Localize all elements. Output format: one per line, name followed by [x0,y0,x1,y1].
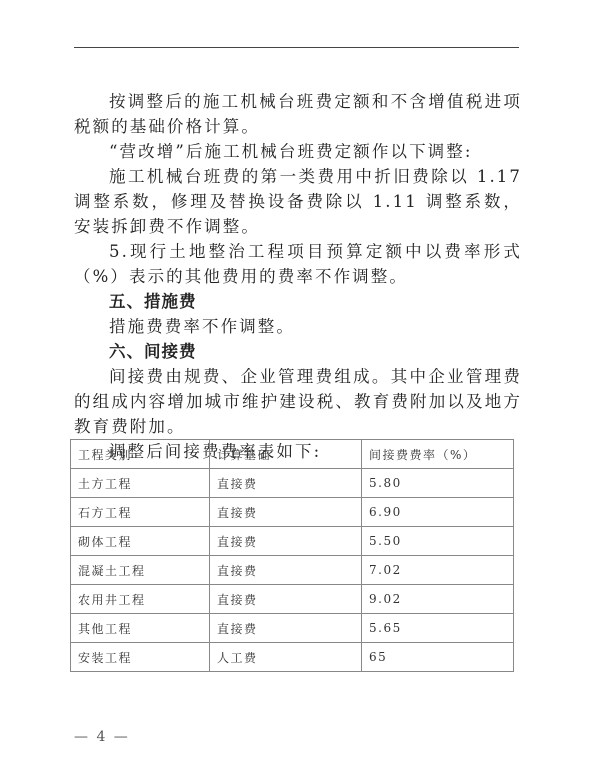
header-cell: 工程类别 [71,440,210,469]
cell: 直接费 [210,556,362,585]
section-heading: 五、措施费 [74,289,522,314]
cell: 9.02 [362,585,514,614]
table-row: 其他工程 直接费 5.65 [71,614,514,643]
paragraph: 施工机械台班费的第一类费用中折旧费除以 1.17 调整系数，修理及替换设备费除以… [74,164,522,239]
page-number: — 4 — [74,729,130,745]
paragraph: 间接费由规费、企业管理费组成。其中企业管理费的组成内容增加城市维护建设税、教育费… [74,364,522,439]
cell: 人工费 [210,643,362,672]
cell: 直接费 [210,498,362,527]
cell: 6.90 [362,498,514,527]
paragraph: 措施费费率不作调整。 [74,314,522,339]
paragraph: 按调整后的施工机械台班费定额和不含增值税进项税额的基础价格计算。 [74,89,522,139]
cell: 5.80 [362,469,514,498]
paragraph: “营改增”后施工机械台班费定额作以下调整: [74,139,522,164]
table-row: 砌体工程 直接费 5.50 [71,527,514,556]
cell: 65 [362,643,514,672]
cell: 直接费 [210,469,362,498]
table-row: 土方工程 直接费 5.80 [71,469,514,498]
paragraph: 5.现行土地整治工程项目预算定额中以费率形式（%）表示的其他费用的费率不作调整。 [74,239,522,289]
cell: 混凝土工程 [71,556,210,585]
table-row: 农用井工程 直接费 9.02 [71,585,514,614]
cell: 其他工程 [71,614,210,643]
table-header-row: 工程类别 计算基础 间接费费率（%） [71,440,514,469]
indirect-fee-rate-table: 工程类别 计算基础 间接费费率（%） 土方工程 直接费 5.80 石方工程 直接… [70,439,514,672]
cell: 直接费 [210,614,362,643]
table-row: 石方工程 直接费 6.90 [71,498,514,527]
cell: 安装工程 [71,643,210,672]
header-cell: 计算基础 [210,440,362,469]
cell: 7.02 [362,556,514,585]
cell: 农用井工程 [71,585,210,614]
header-rule [74,47,519,48]
cell: 5.50 [362,527,514,556]
header-cell: 间接费费率（%） [362,440,514,469]
cell: 土方工程 [71,469,210,498]
document-body: 按调整后的施工机械台班费定额和不含增值税进项税额的基础价格计算。 “营改增”后施… [74,89,522,464]
table-row: 混凝土工程 直接费 7.02 [71,556,514,585]
section-heading: 六、间接费 [74,339,522,364]
table-row: 安装工程 人工费 65 [71,643,514,672]
cell: 砌体工程 [71,527,210,556]
cell: 5.65 [362,614,514,643]
cell: 直接费 [210,585,362,614]
cell: 石方工程 [71,498,210,527]
cell: 直接费 [210,527,362,556]
